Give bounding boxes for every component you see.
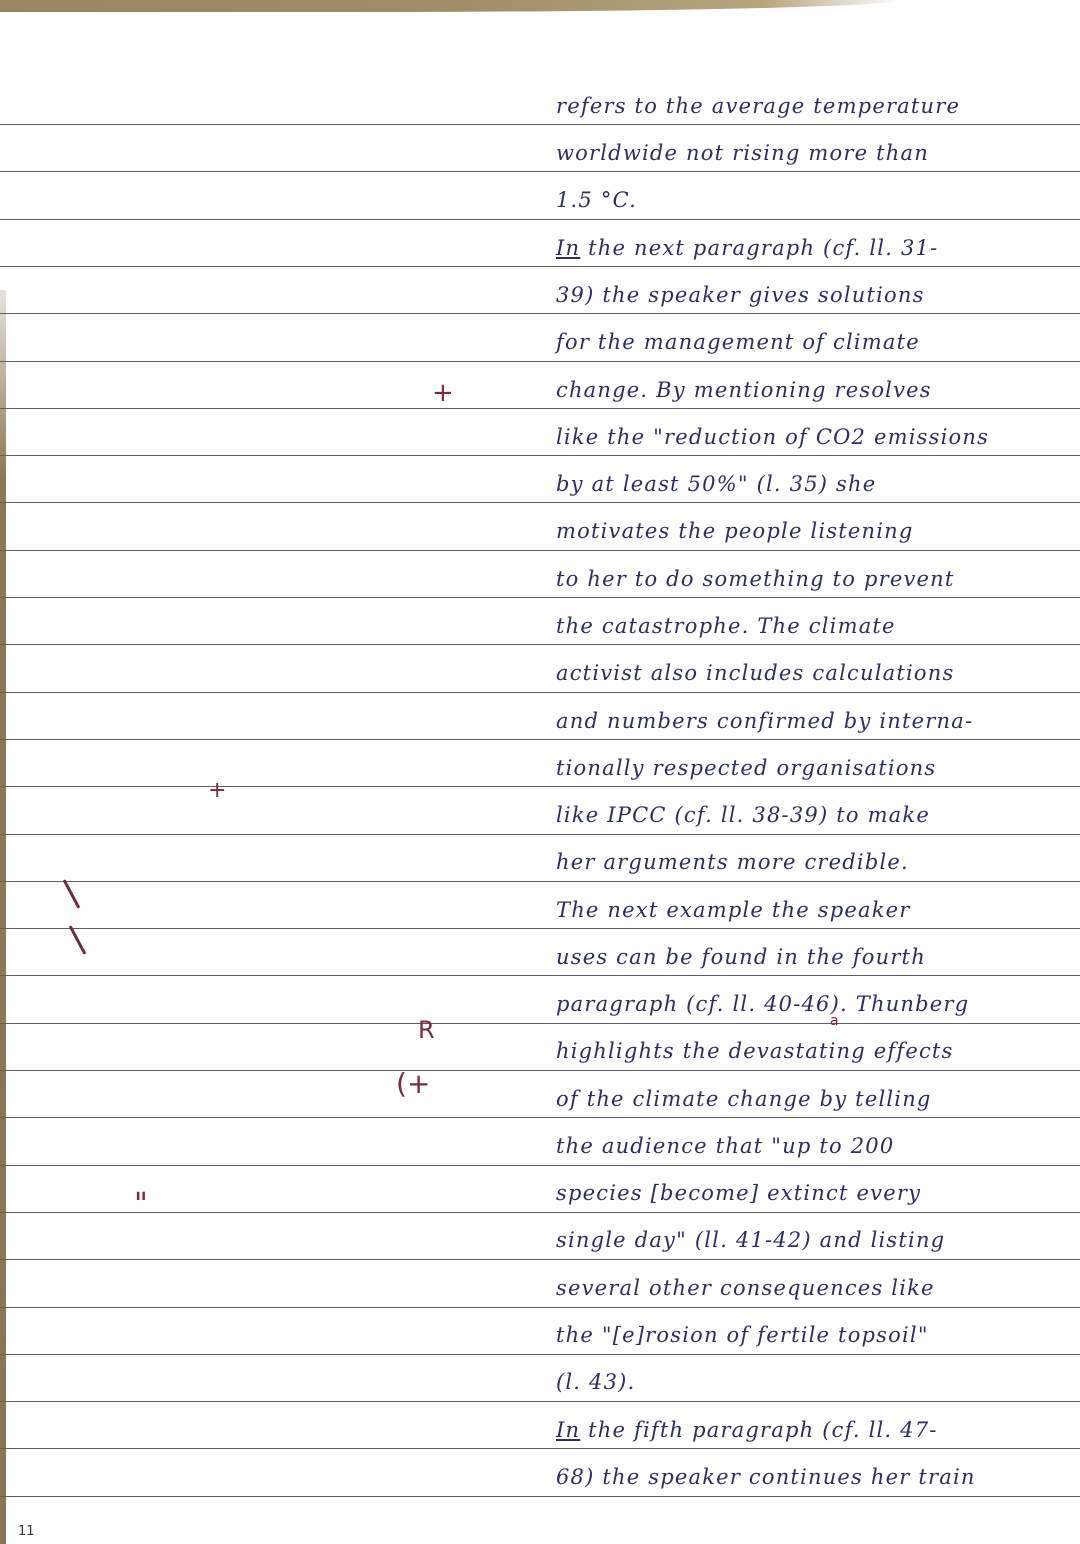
handwritten-line: several other consequences like xyxy=(556,1278,1066,1299)
ruled-line xyxy=(0,834,1080,835)
handwritten-line: worldwide not rising more than xyxy=(556,143,1066,164)
ruled-line xyxy=(0,1259,1080,1260)
ruled-line xyxy=(0,1165,1080,1166)
handwritten-line: the catastrophe. The climate xyxy=(556,616,1066,637)
handwritten-line: In the fifth paragraph (cf. ll. 47- xyxy=(556,1420,1066,1441)
margin-mark-plus-1: + xyxy=(432,380,454,406)
margin-mark-plus-2: + xyxy=(208,780,226,802)
ruled-line xyxy=(0,786,1080,787)
handwritten-line: like the "reduction of CO2 emissions xyxy=(556,427,1066,448)
margin-mark-paren-plus: (+ xyxy=(396,1070,430,1098)
ruled-line xyxy=(0,171,1080,172)
handwritten-line: uses can be found in the fourth xyxy=(556,947,1066,968)
handwritten-line: the audience that "up to 200 xyxy=(556,1136,1066,1157)
handwritten-line: species [become] extinct every xyxy=(556,1183,1066,1204)
paper-top-edge xyxy=(0,0,900,12)
handwritten-line: paragraph (cf. ll. 40-46). Thunberg xyxy=(556,994,1066,1015)
handwritten-line: 68) the speaker continues her train xyxy=(556,1467,1066,1488)
ruled-line xyxy=(0,1023,1080,1024)
handwritten-line: of the climate change by telling xyxy=(556,1089,1066,1110)
ruled-line xyxy=(0,455,1080,456)
correction-superscript: a xyxy=(830,1014,839,1028)
paragraph-start-underline: In xyxy=(556,1418,580,1442)
ruled-line xyxy=(0,266,1080,267)
ruled-line xyxy=(0,597,1080,598)
margin-mark-r-mark: R xyxy=(418,1018,435,1042)
ruled-line xyxy=(0,1212,1080,1213)
handwritten-line: refers to the average temperature xyxy=(556,96,1066,117)
ruled-line xyxy=(0,1354,1080,1355)
ruled-line xyxy=(0,975,1080,976)
handwritten-line: by at least 50%" (l. 35) she xyxy=(556,474,1066,495)
ruled-line xyxy=(0,1070,1080,1071)
ruled-line xyxy=(0,550,1080,551)
handwritten-line: The next example the speaker xyxy=(556,900,1066,921)
ruled-line xyxy=(0,1448,1080,1449)
ruled-line xyxy=(0,1401,1080,1402)
handwritten-line: (l. 43). xyxy=(556,1372,1066,1393)
paper-left-edge xyxy=(0,290,6,1544)
paragraph-start-underline: In xyxy=(556,236,580,260)
handwritten-line: her arguments more credible. xyxy=(556,852,1066,873)
handwritten-line: to her to do something to prevent xyxy=(556,569,1066,590)
handwritten-line: 39) the speaker gives solutions xyxy=(556,285,1066,306)
handwritten-line: highlights the devastating effects xyxy=(556,1041,1066,1062)
notebook-page: refers to the average temperatureworldwi… xyxy=(0,0,1080,1544)
margin-check-mark xyxy=(69,925,87,955)
ruled-line xyxy=(0,502,1080,503)
handwritten-line: for the management of climate xyxy=(556,332,1066,353)
handwritten-line: and numbers confirmed by interna- xyxy=(556,711,1066,732)
ruled-line xyxy=(0,1496,1080,1497)
ruled-line xyxy=(0,361,1080,362)
handwritten-line: In the next paragraph (cf. ll. 31- xyxy=(556,238,1066,259)
ruled-line xyxy=(0,124,1080,125)
ruled-line xyxy=(0,219,1080,220)
margin-mark-quote-mark: " xyxy=(134,1190,148,1220)
margin-check-mark xyxy=(63,879,81,909)
handwritten-line: the "[e]rosion of fertile topsoil" xyxy=(556,1325,1066,1346)
handwritten-line: single day" (ll. 41-42) and listing xyxy=(556,1230,1066,1251)
handwritten-line: 1.5 °C. xyxy=(556,190,1066,211)
ruled-line xyxy=(0,644,1080,645)
ruled-line xyxy=(0,1117,1080,1118)
ruled-line xyxy=(0,739,1080,740)
ruled-line xyxy=(0,408,1080,409)
ruled-line xyxy=(0,1307,1080,1308)
handwritten-line: motivates the people listening xyxy=(556,521,1066,542)
handwritten-line: activist also includes calculations xyxy=(556,663,1066,684)
handwritten-line: change. By mentioning resolves xyxy=(556,380,1066,401)
handwritten-line: like IPCC (cf. ll. 38-39) to make xyxy=(556,805,1066,826)
handwritten-line: tionally respected organisations xyxy=(556,758,1066,779)
page-number: 11 xyxy=(18,1524,35,1539)
ruled-line xyxy=(0,928,1080,929)
ruled-line xyxy=(0,313,1080,314)
ruled-line xyxy=(0,692,1080,693)
ruled-line xyxy=(0,881,1080,882)
